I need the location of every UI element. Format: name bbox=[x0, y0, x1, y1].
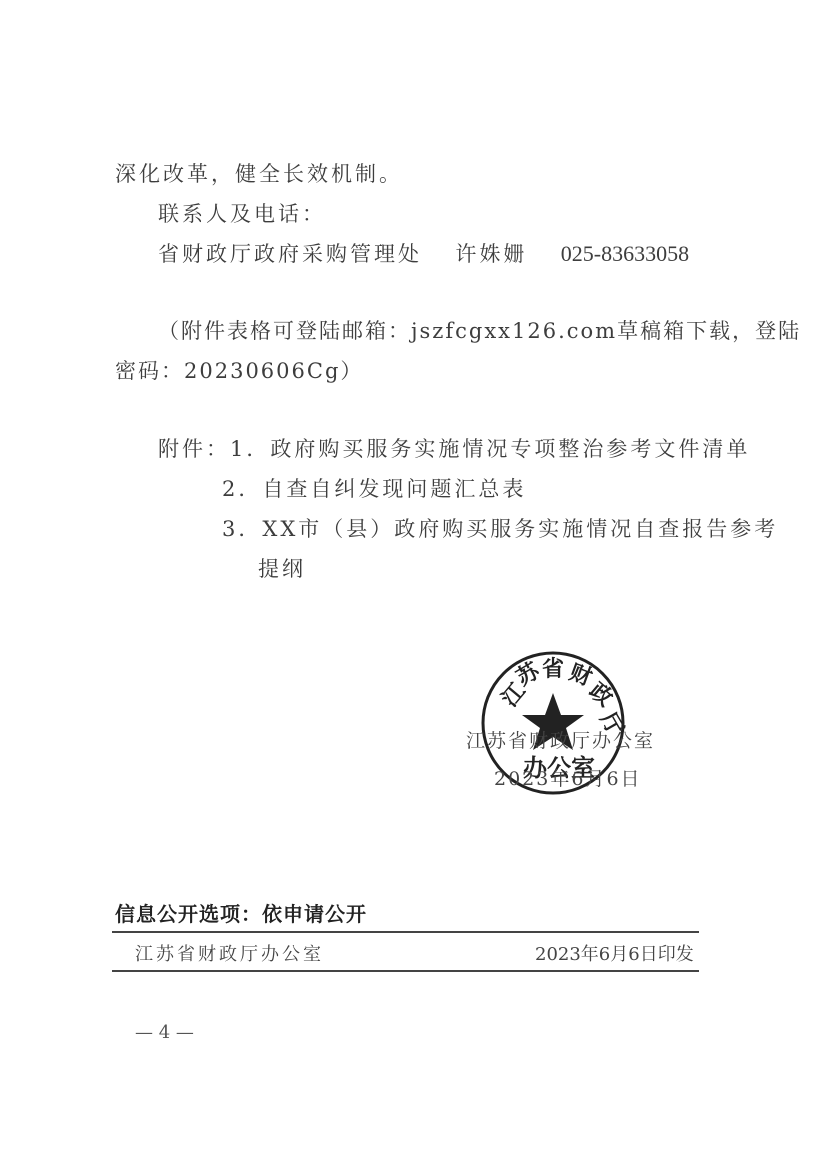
disclosure-option: 信息公开选项：依申请公开 bbox=[115, 898, 367, 927]
footer-rule-bottom bbox=[112, 970, 699, 972]
footer-issuer: 江苏省财政厅办公室 bbox=[135, 940, 324, 966]
attachment-item-2: 2．自查自纠发现问题汇总表 bbox=[222, 473, 526, 503]
page-number: — 4 — bbox=[135, 1022, 194, 1043]
signature-date: 2023年6月6日 bbox=[494, 764, 642, 791]
attachment-item-3-continued: 提纲 bbox=[258, 553, 306, 583]
contact-department: 省财政厅政府采购管理处 bbox=[158, 242, 422, 266]
footer-issue-date: 2023年6月6日印发 bbox=[535, 940, 694, 966]
svg-text:省: 省 bbox=[542, 656, 564, 682]
attachment-item-3: 3．XX市（县）政府购买服务实施情况自查报告参考 bbox=[222, 513, 778, 543]
footer-rule-top bbox=[112, 931, 699, 933]
note-line-2: 密码：20230606Cg） bbox=[115, 355, 363, 385]
contact-phone: 025-83633058 bbox=[561, 241, 689, 266]
body-paragraph-end: 深化改革，健全长效机制。 bbox=[115, 158, 403, 188]
signature-org: 江苏省财政厅办公室 bbox=[466, 726, 655, 753]
contact-label: 联系人及电话： bbox=[158, 198, 326, 228]
contact-line: 省财政厅政府采购管理处 许姝姗 025-83633058 bbox=[158, 238, 689, 268]
attachments-label: 附件： bbox=[158, 437, 230, 461]
note-line-1: （附件表格可登陆邮箱：jszfcgxx126.com草稿箱下载，登陆 bbox=[158, 315, 801, 345]
contact-name: 许姝姗 bbox=[455, 242, 527, 266]
attachment-item-1: 附件：1．政府购买服务实施情况专项整治参考文件清单 bbox=[158, 433, 750, 463]
